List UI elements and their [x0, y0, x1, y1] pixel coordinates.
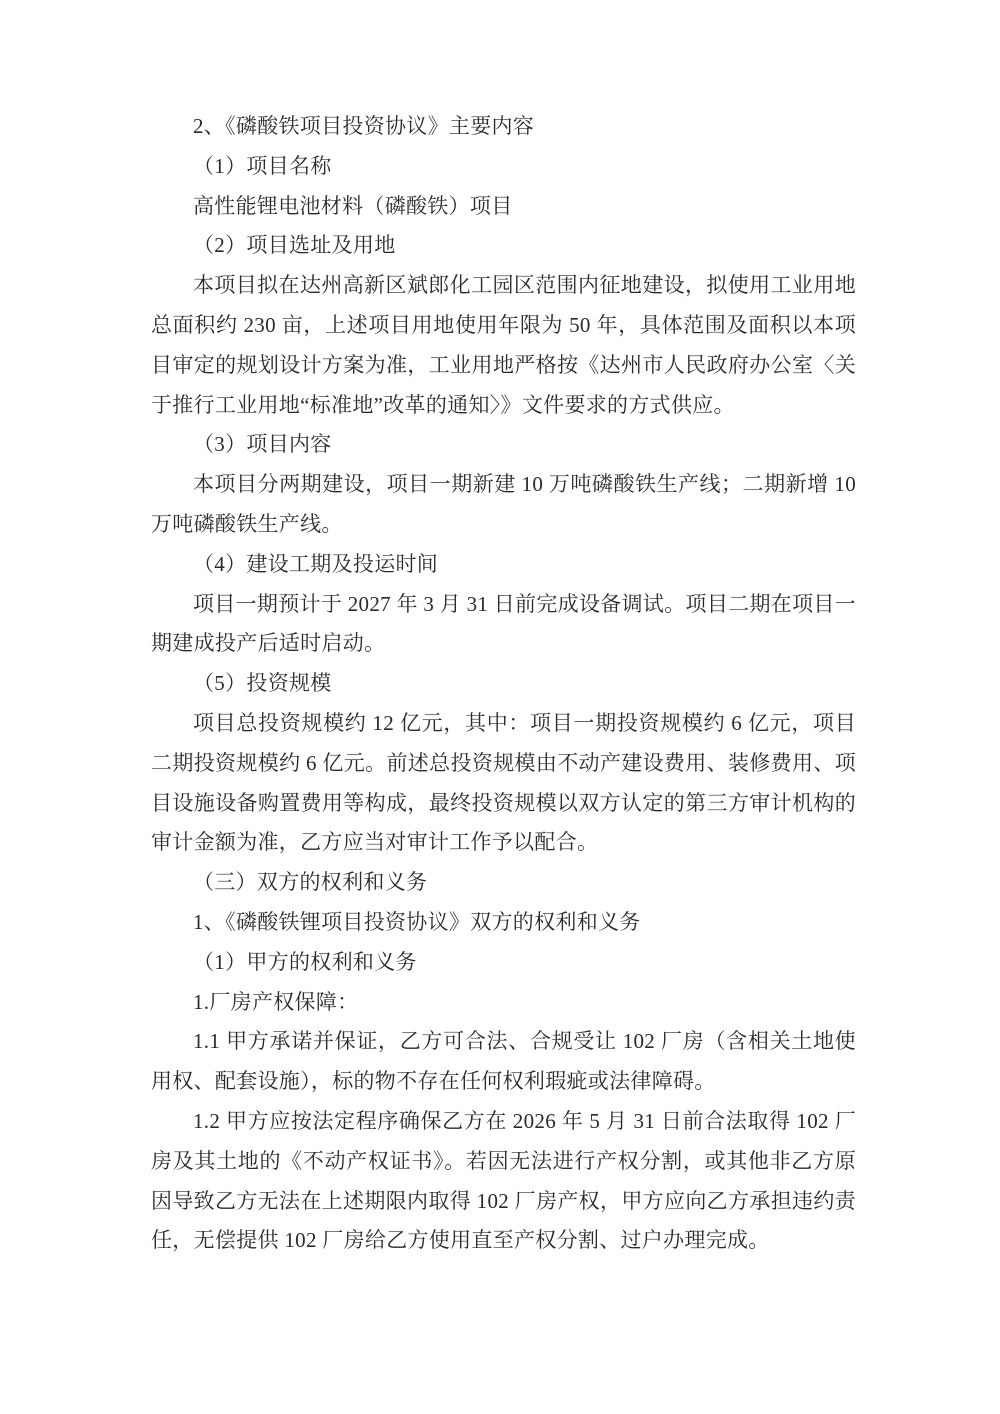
- subheading-agreement-rights-obligations: 1、《磷酸铁锂项目投资协议》双方的权利和义务: [151, 903, 856, 943]
- section-heading-agreement-main-content: 2、《磷酸铁项目投资协议》主要内容: [151, 107, 856, 147]
- subheading-project-content: （3）项目内容: [151, 425, 856, 465]
- subheading-construction-schedule: （4）建设工期及投运时间: [151, 545, 856, 585]
- document-page: 2、《磷酸铁项目投资协议》主要内容 （1）项目名称 高性能锂电池材料（磷酸铁）项…: [0, 0, 1000, 1414]
- subheading-project-name: （1）项目名称: [151, 147, 856, 187]
- document-body: 2、《磷酸铁项目投资协议》主要内容 （1）项目名称 高性能锂电池材料（磷酸铁）项…: [151, 107, 856, 1261]
- paragraph-construction-schedule: 项目一期预计于 2027 年 3 月 31 日前完成设备调试。项目二期在项目一期…: [151, 585, 856, 665]
- section-heading-rights-and-obligations: （三）双方的权利和义务: [151, 863, 856, 903]
- paragraph-project-site-and-land: 本项目拟在达州高新区斌郎化工园区范围内征地建设，拟使用工业用地总面积约 230 …: [151, 266, 856, 425]
- subheading-factory-property-guarantee: 1.厂房产权保障：: [151, 983, 856, 1023]
- subheading-party-a-rights-obligations: （1）甲方的权利和义务: [151, 943, 856, 983]
- subheading-investment-scale: （5）投资规模: [151, 664, 856, 704]
- paragraph-project-content: 本项目分两期建设，项目一期新建 10 万吨磷酸铁生产线；二期新增 10 万吨磷酸…: [151, 465, 856, 545]
- paragraph-investment-scale: 项目总投资规模约 12 亿元，其中：项目一期投资规模约 6 亿元，项目二期投资规…: [151, 704, 856, 863]
- subheading-project-site-and-land: （2）项目选址及用地: [151, 226, 856, 266]
- paragraph-project-name-value: 高性能锂电池材料（磷酸铁）项目: [151, 187, 856, 227]
- paragraph-clause-1-2: 1.2 甲方应按法定程序确保乙方在 2026 年 5 月 31 日前合法取得 1…: [151, 1102, 856, 1261]
- paragraph-clause-1-1: 1.1 甲方承诺并保证，乙方可合法、合规受让 102 厂房（含相关土地使用权、配…: [151, 1022, 856, 1102]
